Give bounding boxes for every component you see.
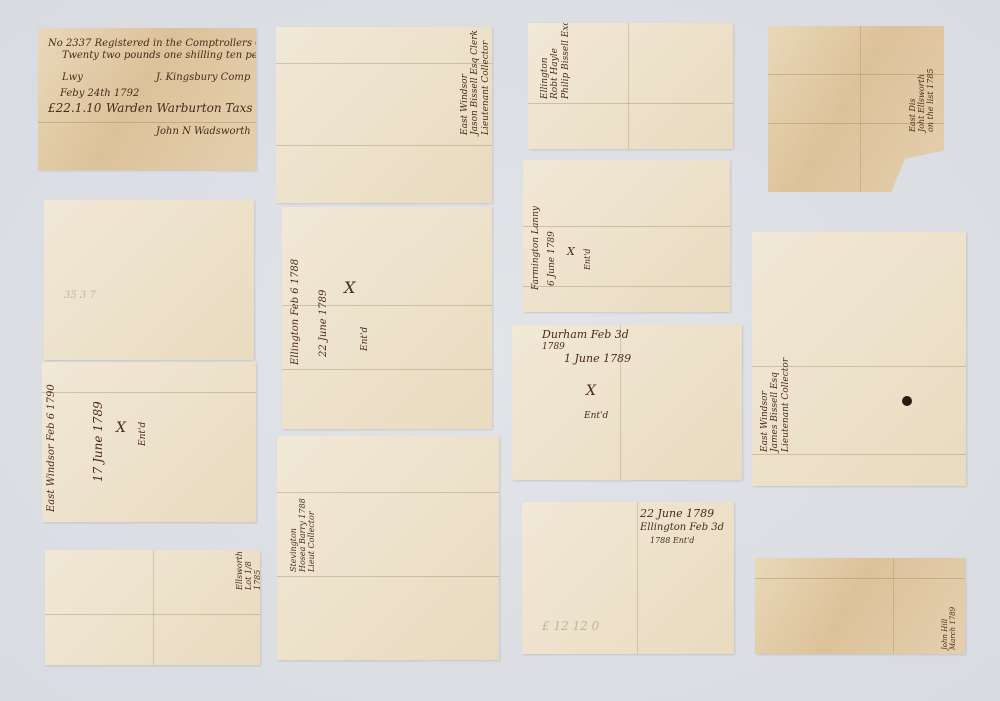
document-durham: Durham Feb 3d 1789 1 June 1789 X Ent'd	[512, 325, 742, 480]
document-ellington-1788: Ellington Feb 6 1788 22 June 1789 X Ent'…	[282, 207, 492, 429]
document-ellington: Ellington Robt Hayle Philip Bissell Exor	[528, 23, 733, 149]
mark-x: X	[344, 279, 355, 297]
receipt-payee: Warden Warburton Taxs	[106, 102, 253, 116]
document-ellsworth: Ellsworth Lot 1/8 1785	[45, 550, 260, 665]
receipt-line: Twenty two pounds one shilling ten pence	[48, 50, 256, 62]
document-stevington: Stevington Hosea Barry 1788 Lieut Collec…	[277, 436, 499, 660]
document-east-windsor-1790: East Windsor Feb 6 1790 17 June 1789 X E…	[42, 362, 256, 522]
entered-note: 1788 Ent'd	[650, 536, 694, 545]
receipt-signature: John N Wadsworth	[156, 126, 251, 138]
docket-text: East Windsor Jason Bissell Esq Clerk Lie…	[460, 30, 491, 135]
docket-text: East Dis Joht Ellsworth on the list 1785	[908, 69, 936, 133]
receipt-date: Feby 24th 1792	[60, 88, 139, 100]
entered-note: Ent'd	[360, 327, 370, 351]
receipt-line: No 2337 Registered in the Comptrollers O…	[48, 38, 256, 50]
receipt-line: J. Kingsbury Comp	[156, 72, 250, 84]
docket-date: 6 June 1789	[547, 231, 557, 286]
docket-text: Ellsworth Lot 1/8 1785	[235, 551, 260, 590]
docket-text: Stevington Hosea Barry 1788 Lieut Collec…	[289, 498, 317, 572]
entered-note: Ent'd	[584, 411, 608, 421]
document-john-hill: John Hill March 1789	[755, 558, 965, 654]
docket-text: Ellington Feb 6 1788	[290, 259, 302, 365]
docket-text: East Windsor Feb 6 1790	[46, 384, 58, 512]
figures-text: 35 3 7	[64, 290, 96, 302]
receipt-line: Lwy	[62, 72, 83, 84]
document-receipt-2337: No 2337 Registered in the Comptrollers O…	[38, 28, 256, 170]
docket-text: John Hill March 1789	[941, 607, 957, 650]
entered-note: Ent'd	[583, 248, 592, 270]
docket-year: 1789	[542, 342, 565, 352]
document-east-windsor: East Windsor Jason Bissell Esq Clerk Lie…	[276, 27, 492, 203]
docket-date: 22 June 1789	[640, 508, 714, 521]
docket-text: Ellington Feb 3d	[640, 522, 724, 534]
docket-text: Farmington Lanny	[531, 206, 541, 290]
mark-x: X	[586, 383, 596, 399]
entered-note: Ent'd	[138, 422, 148, 446]
document-east-windsor-1790-top: 35 3 7	[44, 200, 254, 360]
docket-date: 1 June 1789	[564, 353, 631, 366]
amount-text: £ 12 12 0	[542, 620, 599, 634]
docket-text: Ellington Robt Hayle Philip Bissell Exor	[540, 23, 571, 99]
docket-text: East Windsor James Bissell Esq Lieutenan…	[760, 358, 791, 452]
mark-x: X	[567, 246, 575, 259]
ink-blot	[902, 396, 912, 406]
mark-x: X	[116, 420, 126, 436]
receipt-text: No 2337 Registered in the Comptrollers O…	[48, 38, 256, 61]
docket-date: 22 June 1789	[318, 290, 330, 357]
receipt-amount: £22.1.10	[48, 102, 101, 116]
docket-text: Durham Feb 3d	[542, 329, 629, 342]
document-ellington-1789: 22 June 1789 Ellington Feb 3d 1788 Ent'd…	[522, 502, 734, 654]
docket-date: 17 June 1789	[92, 401, 106, 482]
document-east-windsor-collector: East Windsor James Bissell Esq Lieutenan…	[752, 232, 966, 486]
document-farmington: Farmington Lanny 6 June 1789 X Ent'd	[523, 160, 730, 312]
